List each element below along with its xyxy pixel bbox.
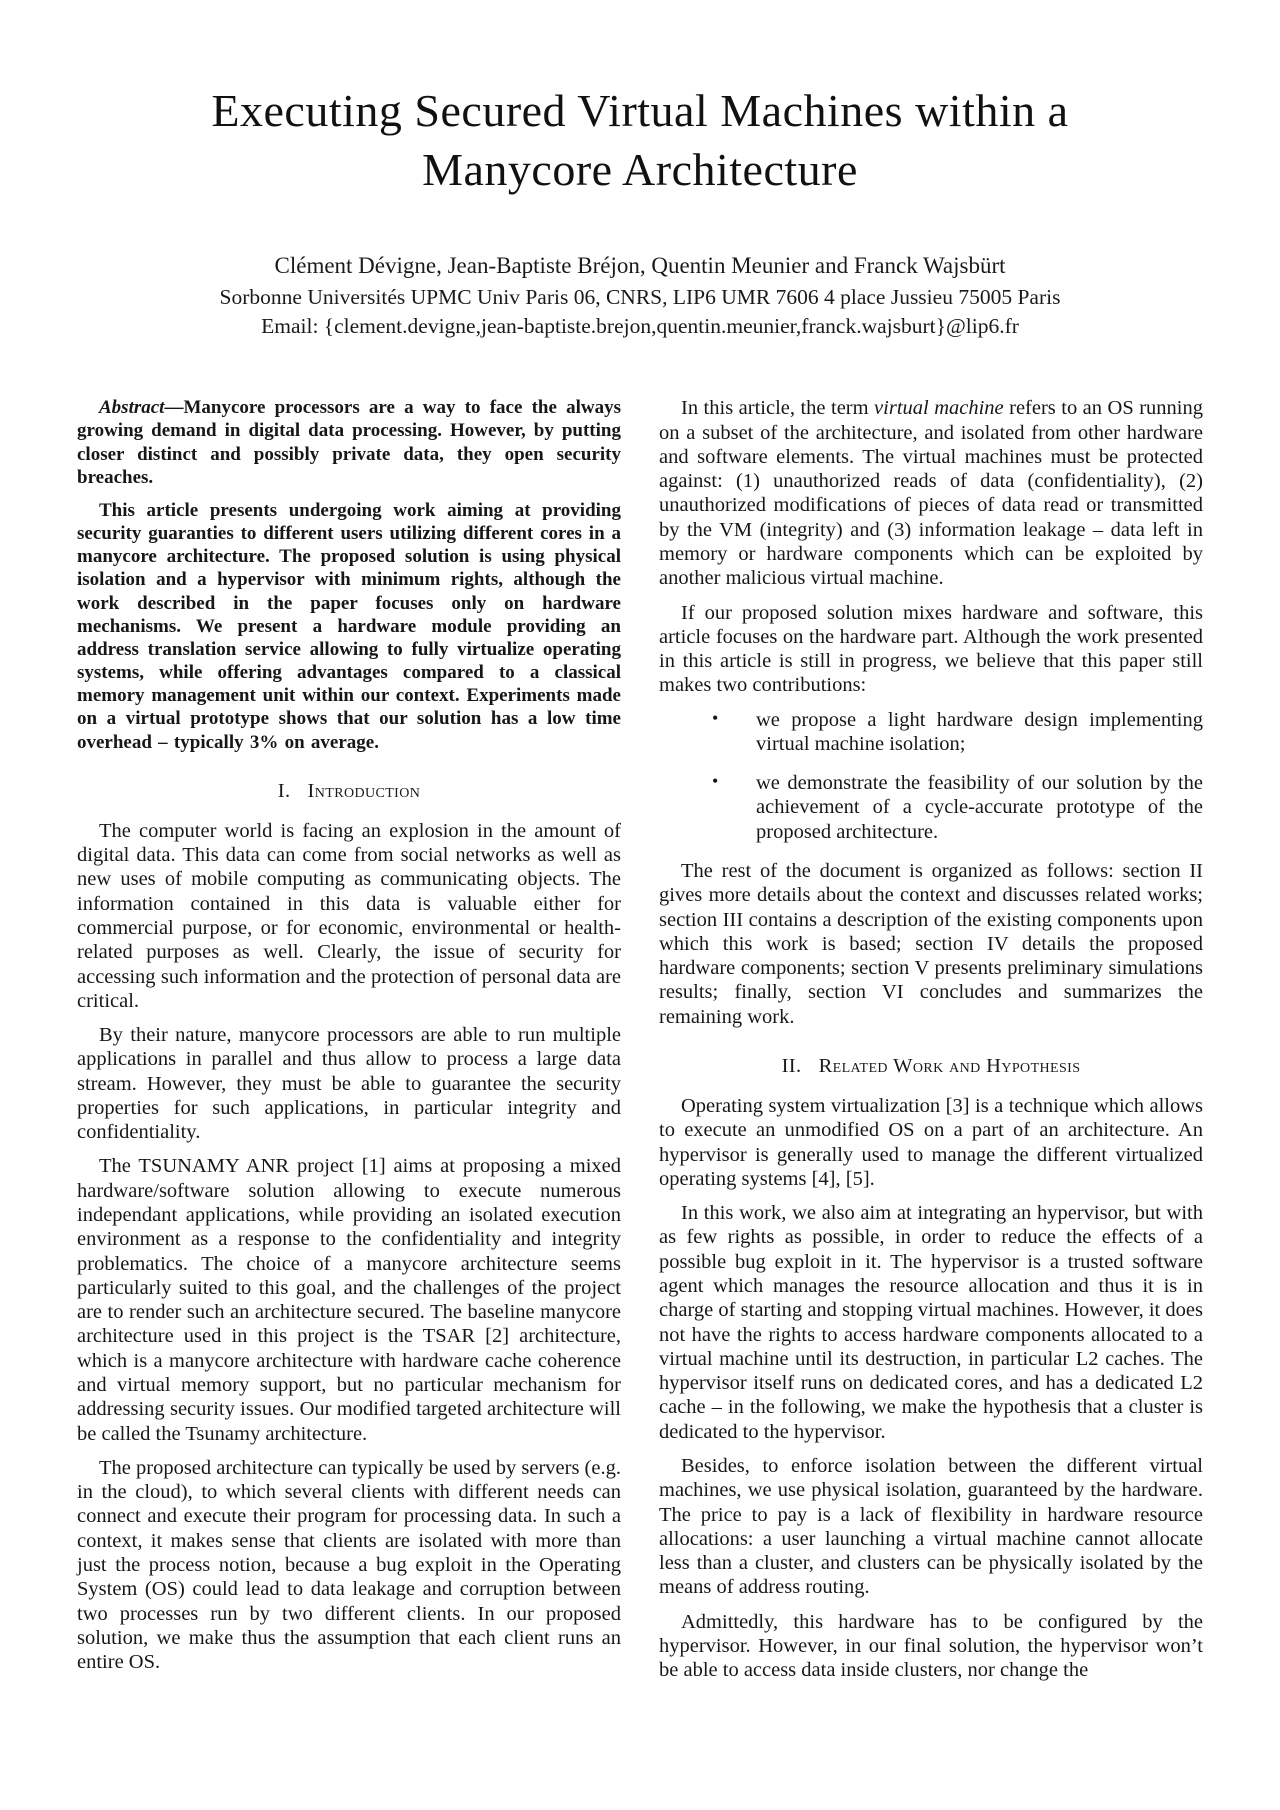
right-column: In this article, the term virtual machin… [659,396,1203,1692]
section-heading: II.Related Work and Hypothesis [659,1055,1203,1078]
text-run: Besides, to enforce isolation between th… [659,1455,1203,1598]
section-heading: I.Introduction [77,780,621,803]
text-run: Abstract [99,397,164,418]
two-column-layout: Abstract—Manycore processors are a way t… [77,396,1203,1692]
bullet-text: we propose a light hardware design imple… [756,708,1203,757]
text-run: The rest of the document is organized as… [659,860,1203,1028]
text-run: In this work, we also aim at integrating… [659,1202,1203,1443]
text-run: Admittedly, this hardware has to be conf… [659,1611,1203,1682]
paper-title-line-2: Manycore Architecture [77,141,1203,200]
text-run: By their nature, manycore processors are… [77,1024,621,1143]
text-run: The TSUNAMY ANR project [1] aims at prop… [77,1155,621,1444]
section-number: I. [278,780,291,802]
text-run: This article presents undergoing work ai… [77,500,621,753]
body-paragraph: Besides, to enforce isolation between th… [659,1454,1203,1600]
text-run: In this article, the term [681,397,874,419]
text-run: refers to an OS running on a subset of t… [659,397,1203,589]
bullet-icon: • [712,771,756,844]
text-run: If our proposed solution mixes hardware … [659,602,1203,697]
text-run: The computer world is facing an explosio… [77,820,621,1012]
body-paragraph: In this work, we also aim at integrating… [659,1201,1203,1444]
section-title: Introduction [308,780,421,802]
authors: Clément Dévigne, Jean-Baptiste Bréjon, Q… [77,252,1203,281]
body-paragraph: The rest of the document is organized as… [659,859,1203,1029]
text-run: Operating system virtualization [3] is a… [659,1095,1203,1190]
body-paragraph: Operating system virtualization [3] is a… [659,1094,1203,1191]
bullet-icon: • [712,708,756,757]
body-paragraph: If our proposed solution mixes hardware … [659,601,1203,698]
text-run: virtual machine [874,397,1004,419]
affiliation: Sorbonne Universités UPMC Univ Paris 06,… [77,284,1203,311]
email-line: Email: {clement.devigne,jean-baptiste.br… [77,313,1203,340]
paper-page: Executing Secured Virtual Machines withi… [0,0,1280,1810]
body-paragraph: The TSUNAMY ANR project [1] aims at prop… [77,1154,621,1445]
abstract-paragraph: Abstract—Manycore processors are a way t… [77,396,621,489]
bullet-item: •we demonstrate the feasibility of our s… [659,771,1203,844]
body-paragraph: By their nature, manycore processors are… [77,1023,621,1144]
body-paragraph: The computer world is facing an explosio… [77,819,621,1013]
body-paragraph: Admittedly, this hardware has to be conf… [659,1610,1203,1683]
section-number: II. [782,1055,802,1077]
body-paragraph: The proposed architecture can typically … [77,1456,621,1675]
bullet-item: •we propose a light hardware design impl… [659,708,1203,757]
byline-block: Clément Dévigne, Jean-Baptiste Bréjon, Q… [77,252,1203,341]
abstract-paragraph: This article presents undergoing work ai… [77,499,621,754]
bullet-text: we demonstrate the feasibility of our so… [756,771,1203,844]
left-column: Abstract—Manycore processors are a way t… [77,396,621,1692]
section-title: Related Work and Hypothesis [819,1055,1081,1077]
text-run: The proposed architecture can typically … [77,1457,621,1673]
paper-title: Executing Secured Virtual Machines withi… [77,82,1203,200]
paper-title-line-1: Executing Secured Virtual Machines withi… [77,82,1203,141]
body-paragraph: In this article, the term virtual machin… [659,396,1203,590]
